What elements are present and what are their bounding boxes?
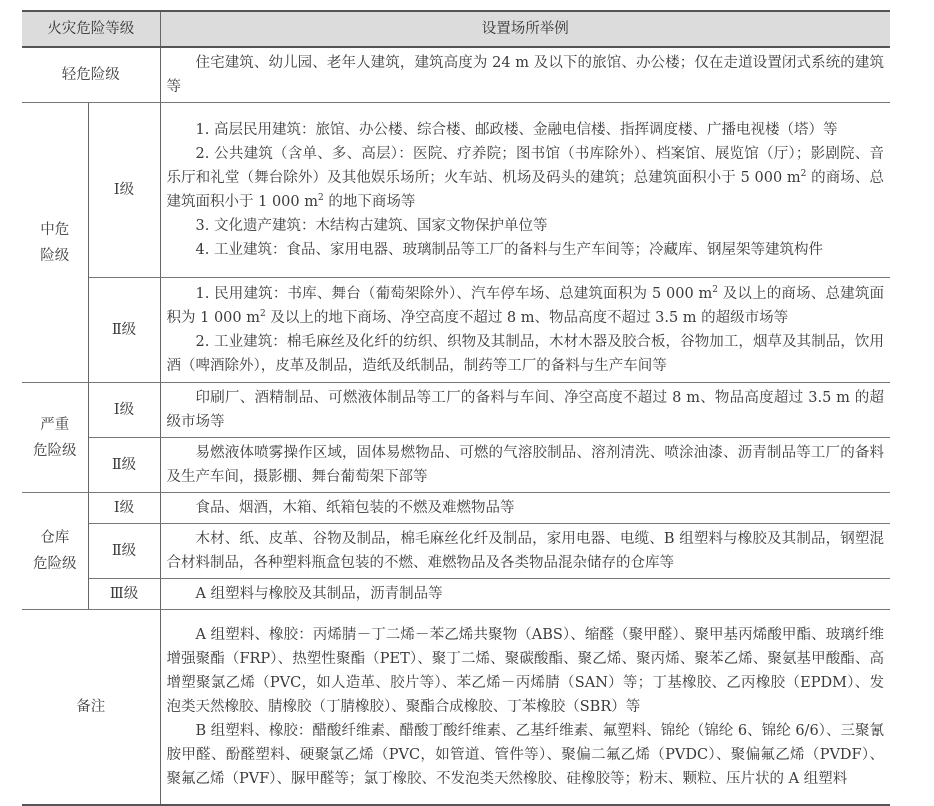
row-light-hazard: 轻危险级 住宅建筑、幼儿园、老年人建筑，建筑高度为 24 m 及以下的旅馆、办公…: [22, 47, 890, 103]
grade-warehouse-3: Ⅲ级: [88, 579, 160, 610]
row-warehouse-grade2: Ⅱ级 木材、纸、皮革、谷物及制品，棉毛麻丝化纤及制品，家用电器、电缆、B 组塑料…: [22, 524, 890, 579]
row-medium-grade1: 中危 险级 Ⅰ级 1. 高层民用建筑：旅馆、办公楼、综合楼、邮政楼、金融电信楼、…: [22, 103, 890, 278]
desc-light: 住宅建筑、幼儿园、老年人建筑，建筑高度为 24 m 及以下的旅馆、办公楼；仅在走…: [160, 47, 890, 103]
desc-paragraph: 1. 高层民用建筑：旅馆、办公楼、综合楼、邮政楼、金融电信楼、指挥调度楼、广播电…: [167, 118, 885, 142]
desc-medium-2: 1. 民用建筑：书库、舞台（葡萄架除外）、汽车停车场、总建筑面积为 5 000 …: [160, 278, 890, 383]
level-warehouse-line1: 仓库: [40, 525, 69, 551]
row-severe-grade1: 严重 危险级 Ⅰ级 印刷厂、酒精制品、可燃液体制品等工厂的备料与车间、净空高度不…: [22, 383, 890, 438]
level-medium-line1: 中危: [40, 217, 69, 243]
fire-hazard-classification-table: 火灾危险等级 设置场所举例 轻危险级 住宅建筑、幼儿园、老年人建筑，建筑高度为 …: [22, 10, 890, 806]
desc-paragraph: 木材、纸、皮革、谷物及制品，棉毛麻丝化纤及制品，家用电器、电缆、B 组塑料与橡胶…: [167, 527, 885, 575]
row-notes: 备注 A 组塑料、橡胶：丙烯腈－丁二烯－苯乙烯共聚物（ABS）、缩醛（聚甲醛）、…: [22, 610, 890, 805]
desc-paragraph: 食品、烟酒，木箱、纸箱包装的不燃及难燃物品等: [167, 496, 885, 520]
desc-paragraph: 4. 工业建筑：食品、家用电器、玻璃制品等工厂的备料与生产车间等；冷藏库、钢屋架…: [167, 238, 885, 262]
desc-paragraph: 住宅建筑、幼儿园、老年人建筑，建筑高度为 24 m 及以下的旅馆、办公楼；仅在走…: [167, 51, 885, 99]
header-examples: 设置场所举例: [160, 11, 890, 47]
desc-severe-1: 印刷厂、酒精制品、可燃液体制品等工厂的备料与车间、净空高度不超过 8 m、物品高…: [160, 383, 890, 438]
notes-paragraph-a: A 组塑料、橡胶：丙烯腈－丁二烯－苯乙烯共聚物（ABS）、缩醛（聚甲醛）、聚甲基…: [167, 623, 885, 719]
level-warehouse: 仓库 危险级: [22, 493, 88, 610]
grade-warehouse-1: Ⅰ级: [88, 493, 160, 524]
desc-medium-1: 1. 高层民用建筑：旅馆、办公楼、综合楼、邮政楼、金融电信楼、指挥调度楼、广播电…: [160, 103, 890, 278]
level-light: 轻危险级: [22, 47, 160, 103]
desc-paragraph: 易燃液体喷雾操作区域，固体易燃物品、可燃的气溶胶制品、溶剂清洗、喷涂油漆、沥青制…: [167, 441, 885, 489]
level-severe-line2: 危险级: [33, 438, 77, 464]
level-severe-line1: 严重: [40, 412, 69, 438]
header-hazard-level: 火灾危险等级: [22, 11, 160, 47]
grade-severe-2: Ⅱ级: [88, 438, 160, 493]
notes-paragraph-b: B 组塑料、橡胶：醋酸纤维素、醋酸丁酸纤维素、乙基纤维素、氟塑料、锦纶（锦纶 6…: [167, 719, 885, 791]
row-warehouse-grade3: Ⅲ级 A 组塑料与橡胶及其制品，沥青制品等: [22, 579, 890, 610]
desc-severe-2: 易燃液体喷雾操作区域，固体易燃物品、可燃的气溶胶制品、溶剂清洗、喷涂油漆、沥青制…: [160, 438, 890, 493]
desc-paragraph: 2. 公共建筑（含单、多、高层）：医院、疗养院；图书馆（书库除外）、档案馆、展览…: [167, 142, 885, 214]
desc-paragraph: 1. 民用建筑：书库、舞台（葡萄架除外）、汽车停车场、总建筑面积为 5 000 …: [167, 282, 885, 330]
grade-medium-1: Ⅰ级: [88, 103, 160, 278]
level-warehouse-line2: 危险级: [33, 551, 77, 577]
level-medium: 中危 险级: [22, 103, 88, 383]
desc-warehouse-2: 木材、纸、皮革、谷物及制品，棉毛麻丝化纤及制品，家用电器、电缆、B 组塑料与橡胶…: [160, 524, 890, 579]
desc-warehouse-3: A 组塑料与橡胶及其制品，沥青制品等: [160, 579, 890, 610]
desc-paragraph: 3. 文化遗产建筑：木结构古建筑、国家文物保护单位等: [167, 214, 885, 238]
level-severe: 严重 危险级: [22, 383, 88, 493]
desc-notes: A 组塑料、橡胶：丙烯腈－丁二烯－苯乙烯共聚物（ABS）、缩醛（聚甲醛）、聚甲基…: [160, 610, 890, 805]
grade-severe-1: Ⅰ级: [88, 383, 160, 438]
desc-paragraph: 印刷厂、酒精制品、可燃液体制品等工厂的备料与车间、净空高度不超过 8 m、物品高…: [167, 386, 885, 434]
grade-warehouse-2: Ⅱ级: [88, 524, 160, 579]
header-row: 火灾危险等级 设置场所举例: [22, 11, 890, 47]
desc-paragraph: 2. 工业建筑：棉毛麻丝及化纤的纺织、织物及其制品，木材木器及胶合板，谷物加工，…: [167, 330, 885, 378]
grade-medium-2: Ⅱ级: [88, 278, 160, 383]
desc-warehouse-1: 食品、烟酒，木箱、纸箱包装的不燃及难燃物品等: [160, 493, 890, 524]
notes-label: 备注: [22, 610, 160, 805]
desc-paragraph: A 组塑料与橡胶及其制品，沥青制品等: [167, 582, 885, 606]
row-warehouse-grade1: 仓库 危险级 Ⅰ级 食品、烟酒，木箱、纸箱包装的不燃及难燃物品等: [22, 493, 890, 524]
level-medium-line2: 险级: [40, 243, 69, 269]
row-severe-grade2: Ⅱ级 易燃液体喷雾操作区域，固体易燃物品、可燃的气溶胶制品、溶剂清洗、喷涂油漆、…: [22, 438, 890, 493]
row-medium-grade2: Ⅱ级 1. 民用建筑：书库、舞台（葡萄架除外）、汽车停车场、总建筑面积为 5 0…: [22, 278, 890, 383]
